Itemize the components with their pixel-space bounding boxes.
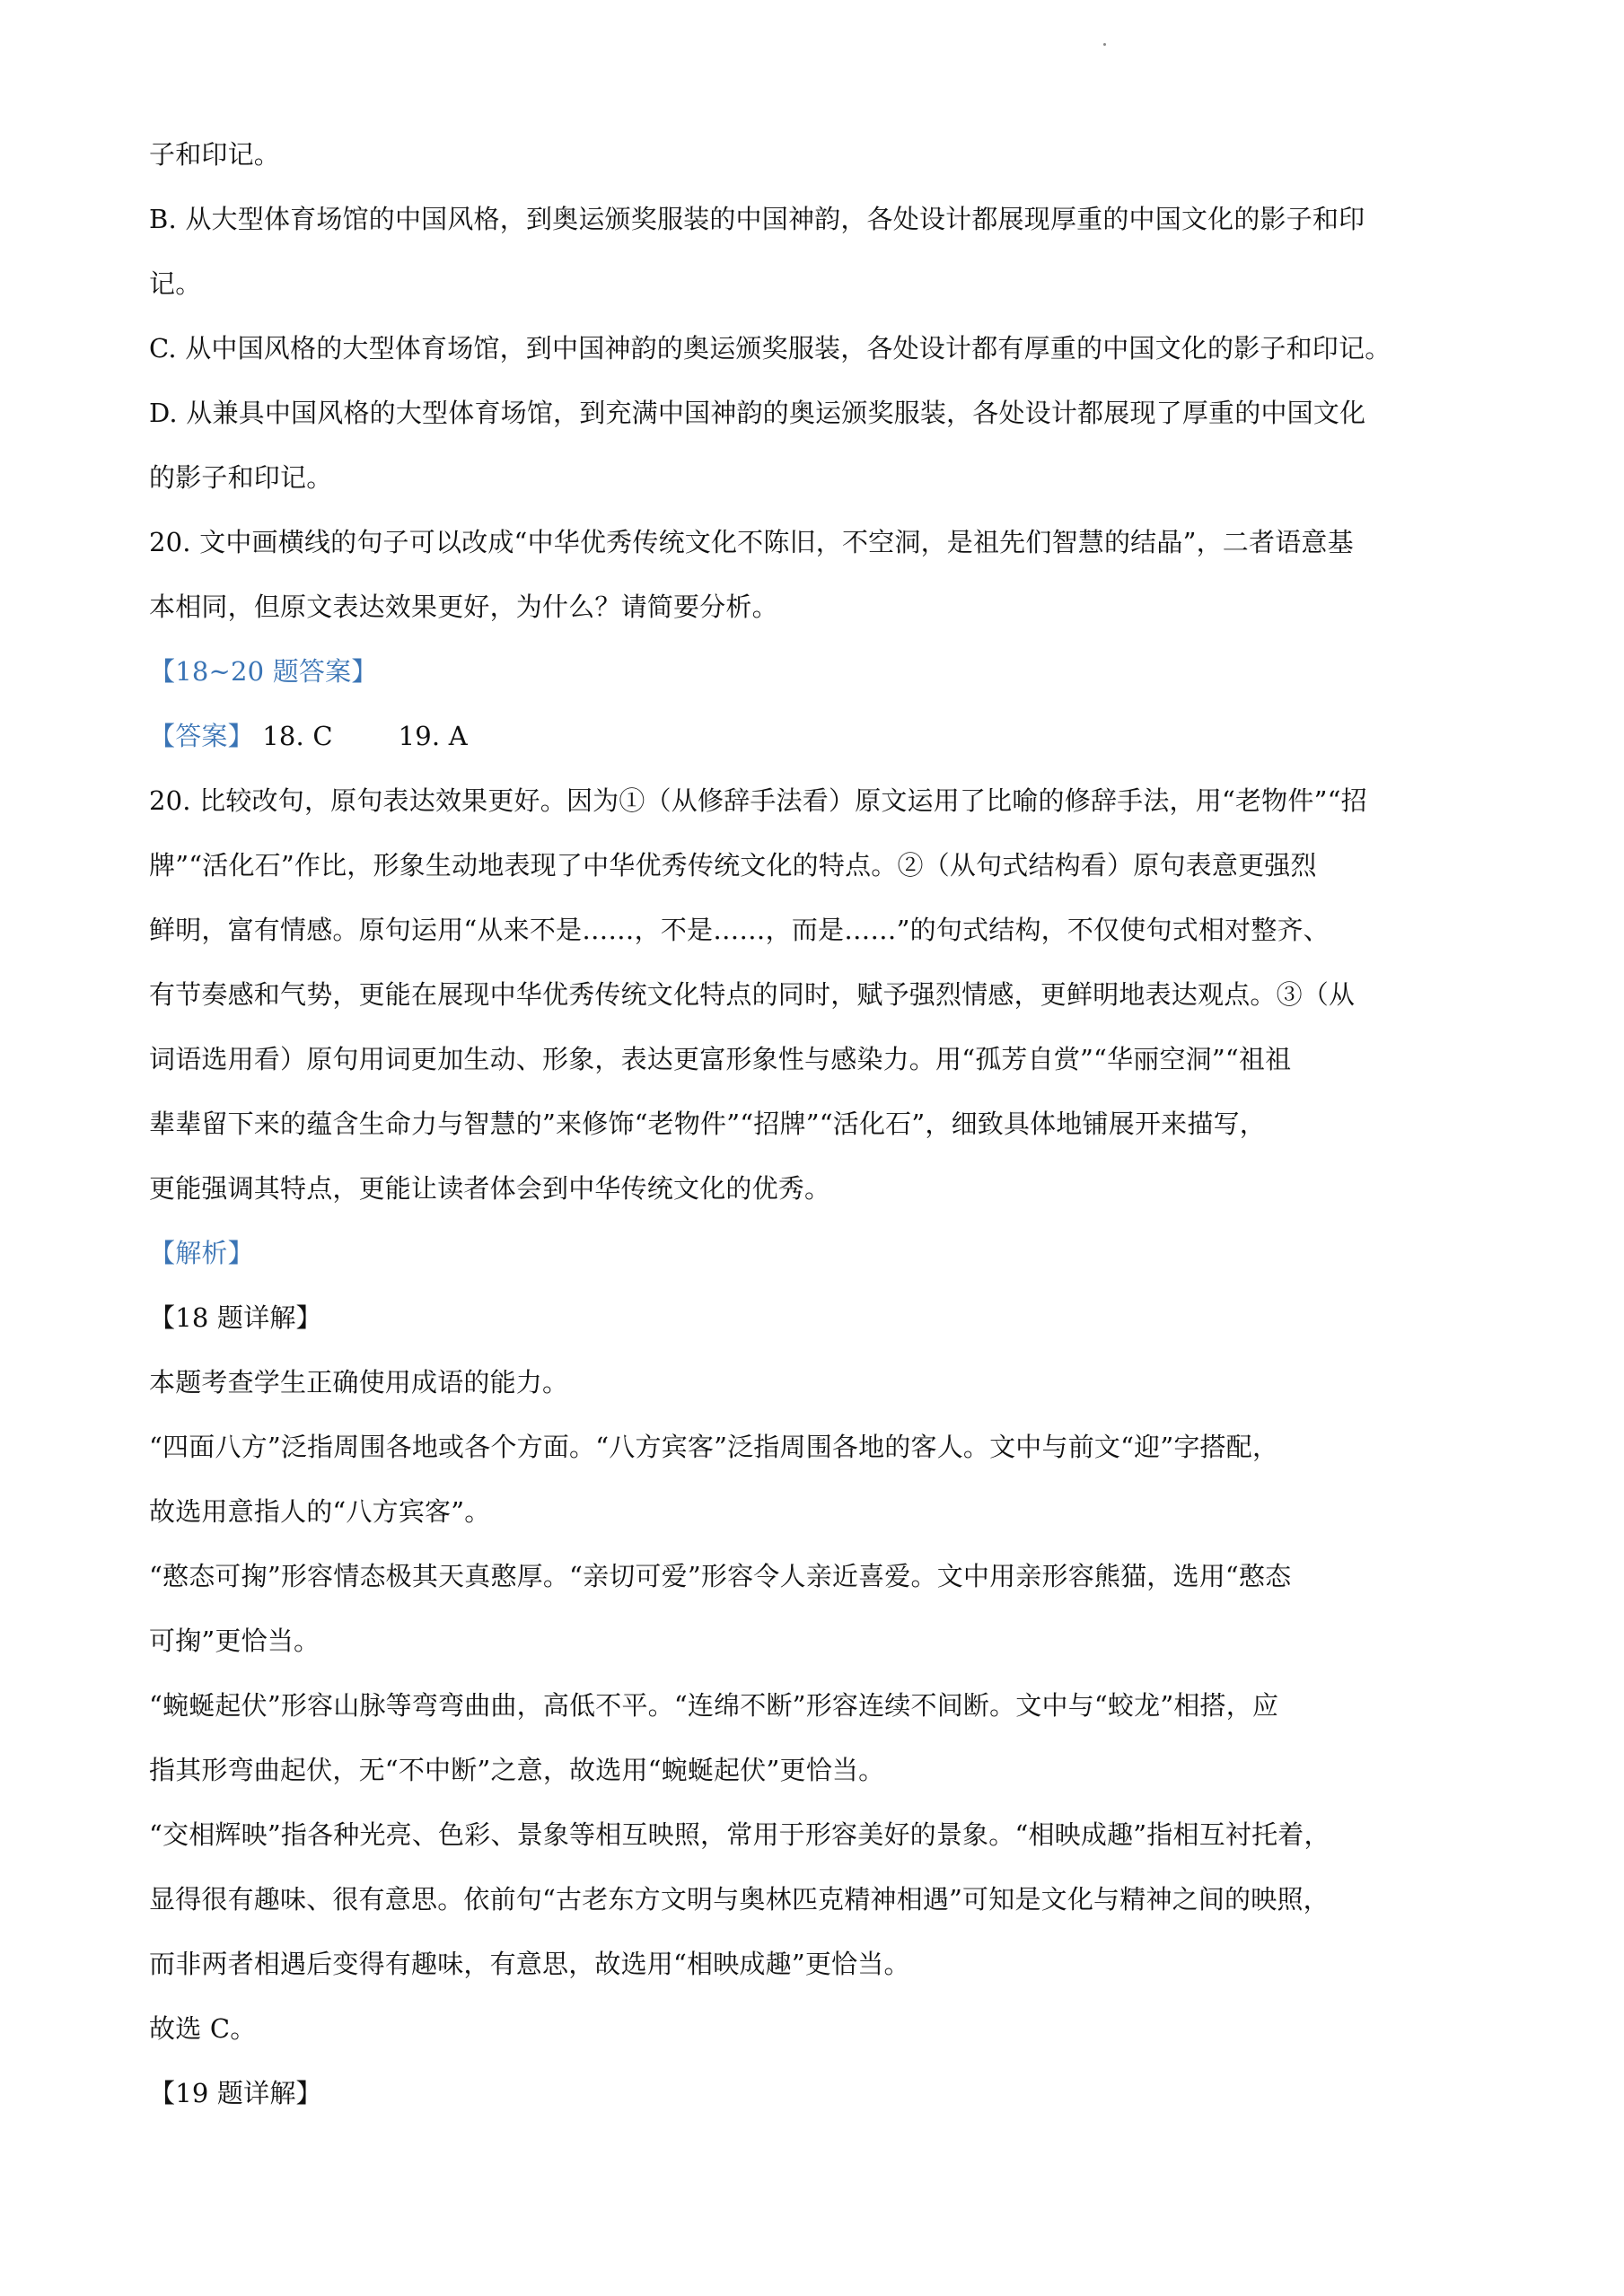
answer-20-line-2: 牌”“活化石”作比，形象生动地表现了中华优秀传统文化的特点。②（从句式结构看）原… [149, 833, 1496, 898]
detail-18-line-4: “憨态可掬”形容情态极其天真憨厚。“亲切可爱”形容令人亲近喜爱。文中用亲形容熊猫… [149, 1544, 1496, 1608]
answer-20-line-4: 有节奏感和气势，更能在展现中华优秀传统文化特点的同时，赋予强烈情感，更鲜明地表达… [149, 962, 1496, 1027]
document-page: 子和印记。 B. 从大型体育场馆的中国风格，到奥运颁奖服装的中国神韵，各处设计都… [149, 122, 1496, 2125]
detail-19-header: 【19 题详解】 [149, 2061, 1496, 2125]
option-a-tail: 子和印记。 [149, 122, 1496, 187]
option-b-line-2: 记。 [149, 251, 1496, 316]
option-d-line-2: 的影子和印记。 [149, 445, 1496, 510]
answer-20-line-3: 鲜明，富有情感。原句运用“从来不是……，不是……，而是……”的句式结构，不仅使句… [149, 898, 1496, 962]
question-20-line-2: 本相同，但原文表达效果更好，为什么？请简要分析。 [149, 574, 1496, 639]
detail-18-line-5: 可掬”更恰当。 [149, 1608, 1496, 1673]
detail-18-line-7: 指其形弯曲起伏，无“不中断”之意，故选用“蜿蜒起伏”更恰当。 [149, 1738, 1496, 1802]
answer-label: 【答案】 [149, 721, 254, 751]
detail-18-conclusion: 故选 C。 [149, 1996, 1496, 2061]
question-20-line-1: 20. 文中画横线的句子可以改成“中华优秀传统文化不陈旧，不空洞，是祖先们智慧的… [149, 510, 1496, 574]
answer-20-line-6: 辈辈留下来的蕴含生命力与智慧的”来修饰“老物件”“招牌”“活化石”，细致具体地铺… [149, 1091, 1496, 1156]
answers-section-header: 【18~20 题答案】 [149, 639, 1496, 704]
answer-19: 19. A [399, 721, 468, 751]
detail-18-line-8: “交相辉映”指各种光亮、色彩、景象等相互映照，常用于形容美好的景象。“相映成趣”… [149, 1802, 1496, 1867]
detail-18-line-3: 故选用意指人的“八方宾客”。 [149, 1479, 1496, 1544]
detail-18-line-9: 显得很有趣味、很有意思。依前句“古老东方文明与奥林匹克精神相遇”可知是文化与精神… [149, 1867, 1496, 1932]
answer-20-line-5: 词语选用看）原句用词更加生动、形象，表达更富形象性与感染力。用“孤芳自赏”“华丽… [149, 1027, 1496, 1091]
detail-18-line-6: “蜿蜒起伏”形容山脉等弯弯曲曲，高低不平。“连绵不断”形容连续不间断。文中与“蛟… [149, 1673, 1496, 1738]
answers-line: 【答案】 18. C 19. A [149, 704, 1496, 768]
option-b-line-1: B. 从大型体育场馆的中国风格，到奥运颁奖服装的中国神韵，各处设计都展现厚重的中… [149, 187, 1496, 251]
detail-18-line-10: 而非两者相遇后变得有趣味，有意思，故选用“相映成趣”更恰当。 [149, 1932, 1496, 1996]
answer-20-line-1: 20. 比较改句，原句表达效果更好。因为①（从修辞手法看）原文运用了比喻的修辞手… [149, 768, 1496, 833]
option-c-line-1: C. 从中国风格的大型体育场馆，到中国神韵的奥运颁奖服装，各处设计都有厚重的中国… [149, 316, 1496, 381]
answer-18: 18. C [262, 721, 333, 751]
option-d-line-1: D. 从兼具中国风格的大型体育场馆，到充满中国神韵的奥运颁奖服装，各处设计都展现… [149, 381, 1496, 445]
detail-18-line-1: 本题考查学生正确使用成语的能力。 [149, 1350, 1496, 1415]
scan-artifact-dot [1103, 43, 1106, 46]
analysis-header: 【解析】 [149, 1221, 1496, 1285]
detail-18-line-2: “四面八方”泛指周围各地或各个方面。“八方宾客”泛指周围各地的客人。文中与前文“… [149, 1415, 1496, 1479]
detail-18-header: 【18 题详解】 [149, 1285, 1496, 1350]
answer-20-line-7: 更能强调其特点，更能让读者体会到中华传统文化的优秀。 [149, 1156, 1496, 1221]
